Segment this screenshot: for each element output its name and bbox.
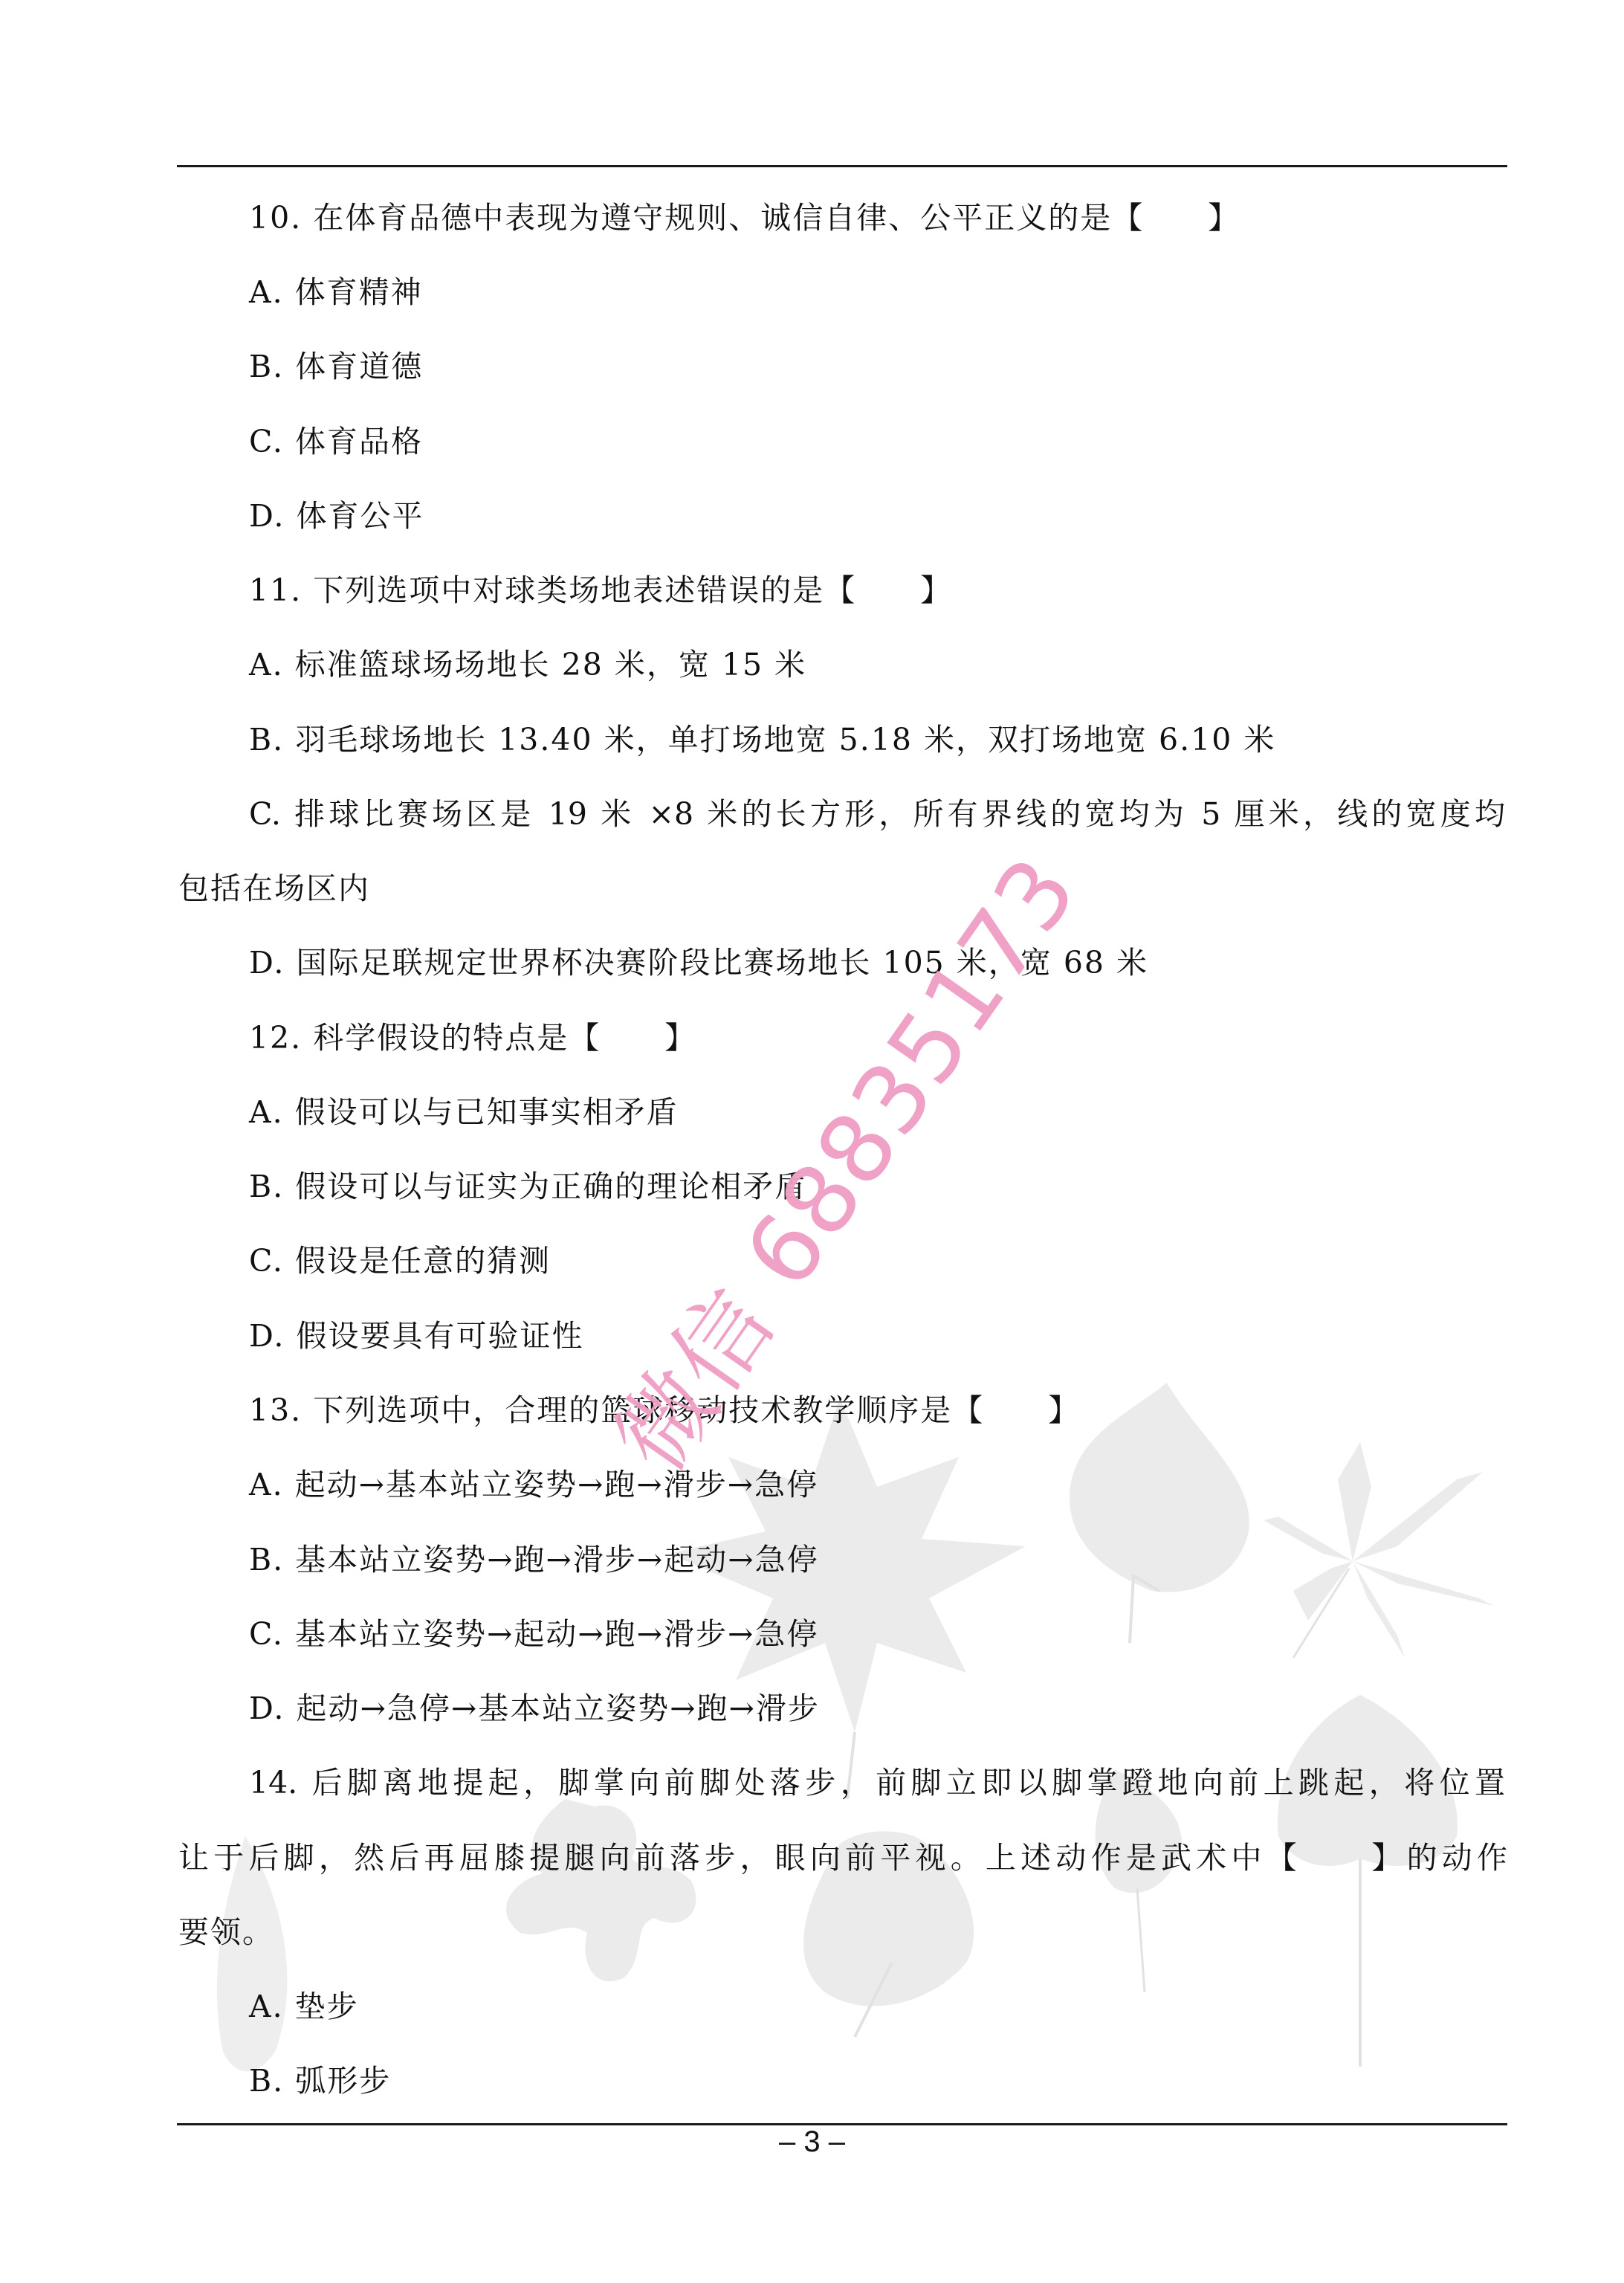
question-10-option-a: A. 体育精神 — [249, 270, 423, 314]
question-12-option-c: C. 假设是任意的猜测 — [249, 1239, 551, 1283]
question-12-stem: 12. 科学假设的特点是【 】 — [249, 1015, 696, 1060]
question-11-option-b: B. 羽毛球场地长 13.40 米，单打场地宽 5.18 米，双打场地宽 6.1… — [249, 717, 1275, 762]
palmate-leaf-icon — [1264, 1442, 1494, 1658]
page-number: – 3 – — [0, 2125, 1624, 2159]
question-12-option-b: B. 假设可以与证实为正确的理论相矛盾 — [249, 1164, 806, 1209]
oak-leaf-icon — [506, 1799, 696, 1981]
poplar-leaf-icon — [1070, 1383, 1249, 1592]
question-14-stem-line-1: 14. 后脚离地提起，脚掌向前脚处落步，前脚立即以脚掌蹬地向前上跳起，将位置 — [249, 1760, 1505, 1805]
question-12-option-a: A. 假设可以与已知事实相矛盾 — [249, 1090, 679, 1134]
question-13-option-c: C. 基本站立姿势→起动→跑→滑步→急停 — [249, 1612, 818, 1656]
question-14-stem-line-2: 让于后脚，然后再屈膝提腿向前落步，眼向前平视。上述动作是武术中【 】的动作 — [178, 1835, 1507, 1880]
question-11-option-a: A. 标准篮球场场地长 28 米，宽 15 米 — [249, 642, 806, 687]
question-10-stem: 10. 在体育品德中表现为遵守规则、诚信自律、公平正义的是【 】 — [249, 196, 1240, 240]
question-13-option-b: B. 基本站立姿势→跑→滑步→起动→急停 — [249, 1537, 819, 1582]
question-14-option-b: B. 弧形步 — [249, 2058, 391, 2103]
question-11-option-c-continuation: 包括在场区内 — [178, 866, 370, 911]
header-rule — [177, 165, 1507, 167]
question-11-option-c: C. 排球比赛场区是 19 米 ×8 米的长方形，所有界线的宽均为 5 厘米，线… — [249, 792, 1505, 836]
question-10-option-d: D. 体育公平 — [249, 494, 424, 538]
question-13-option-a: A. 起动→基本站立姿势→跑→滑步→急停 — [249, 1462, 818, 1507]
question-14-stem-line-3: 要领。 — [178, 1910, 274, 1954]
question-10-option-c: C. 体育品格 — [249, 419, 423, 464]
question-14-option-a: A. 垫步 — [249, 1984, 359, 2029]
question-11-stem: 11. 下列选项中对球类场地表述错误的是【 】 — [249, 568, 952, 613]
question-10-option-b: B. 体育道德 — [249, 344, 423, 389]
question-12-option-d: D. 假设要具有可验证性 — [249, 1314, 583, 1358]
question-13-option-d: D. 起动→急停→基本站立姿势→跑→滑步 — [249, 1686, 820, 1731]
